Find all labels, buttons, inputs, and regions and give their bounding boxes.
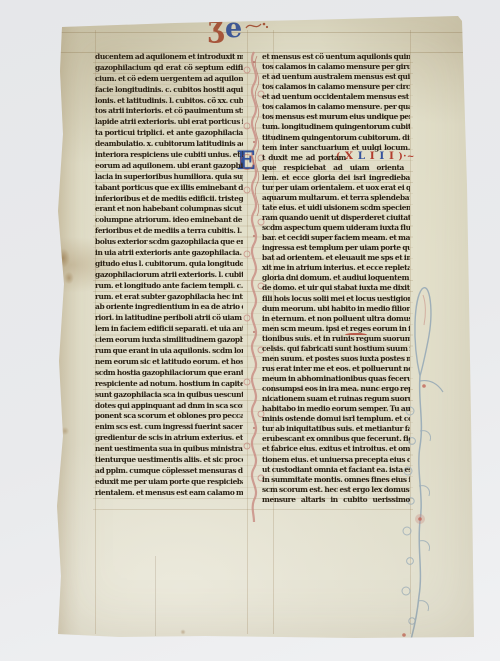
text-line: de domo. et uir qui stabat iuxta me dixi… [262,283,410,293]
text-line: bolus exterior scdm gazophilacia que era… [95,237,243,248]
text-line: tos calamos in calamo mensure per circui… [262,82,410,92]
text-line: et ad uentum occidentalem mensus est qui… [262,92,410,102]
text-line: xit me in atrium interius. et ecce reple… [262,263,410,273]
text-line: fili hois locus solii mei et locus uesti… [262,294,410,304]
text-line: bat ad orientem. et eleuauit me sps et i… [262,253,410,263]
text-line: riori. in latitudine periboli atrii cö u… [95,313,243,324]
text-line: eduxit me per uiam porte que respiciebat… [95,477,243,488]
text-line: in summitate montis. omnes fines eius in… [262,475,410,485]
text-line: que respiciebat ad uiam orienta [262,163,410,173]
text-line: ducentem ad aquilonem et introduxit me i… [95,52,243,63]
text-line: dotes qui appinquant ad dnm in sca scoru… [95,401,243,412]
text-line: ferioribus et de mediis a terra cubitis.… [95,226,243,237]
text-line: tos mensus est murum eius undique per ci… [262,112,410,122]
text-line: tur per uiam orientalem. et uox erat ei … [262,183,410,193]
text-line: lapide atrii exterioris. ubi erat portic… [95,117,243,128]
text-line: tos calamos in calamo mensure per girum. [262,62,410,72]
text-line: nent uestimenta sua in quibus ministrant… [95,444,243,455]
text-line: lacia in superioribus humiliora. quia su… [95,172,243,183]
photo-background: ʒ e [0,0,500,661]
text-line: scdm hostia gazophilaciorum que erant in… [95,368,243,379]
running-title-letter-z: ʒ [208,11,223,45]
text-line: habitabo in medio eorum semper. Tu autem… [262,404,410,414]
text-line: ta porticui triplici. et ante gazophilac… [95,128,243,139]
text-line: men suum. et postes suos iuxta postes me… [262,354,410,364]
text-line: gazophilacium qd erat cö septum edifi [95,63,243,74]
text-line: eorum ad aquilonem. ubi erant gazophi [95,161,243,172]
text-line: gredientur de scis in atrium exterius. e… [95,433,243,444]
text-line: scdm aspectum quem uideram iuxta fluuium… [262,223,410,233]
manuscript-leaf: ʒ e [55,16,475,638]
text-line: ingressa est templum per uiam porte que … [262,243,410,253]
text-line: gitudo eius l. cubitorum. quia longitudo… [95,259,243,270]
text-line: et fabrice eius. exitus et introitus. et… [262,444,410,454]
text-line: ciem eorum iuxta similitudinem gazophila… [95,335,243,346]
text-line: scm scorum est. hec est ergo lex domus. … [262,485,410,495]
text-line: in eternum. et non polluent ultra domus … [262,314,410,324]
ruling-line-vertical-right [410,30,411,634]
text-line: dum meorum. ubi habito in medio filiorum… [262,304,410,314]
text-column-right: et mensus est cö uentum aquilonis quinge… [262,52,410,505]
text-line: ponent sca scorum et oblones pro peccato… [95,411,243,422]
text-line: deambulatio. x. cubitorum latitudinis ad [95,139,243,150]
text-line: tionem eius. et uniuersa precepta eius o… [262,455,410,465]
text-line: titudinem quingentorum cubitorum. diuide… [262,133,410,143]
running-title-flourish-icon [244,19,270,33]
text-line: erubescant ex omnibus que fecerunt. figu… [262,434,410,444]
text-line: columpne atriorum. ideo eminebant de in [95,215,243,226]
text-line: ab oriente ingredientium in ea de atrio … [95,302,243,313]
text-line: lem in faciem edificii separati. et uia … [95,324,243,335]
text-line: lem. et ecce gloria dei isrl ingredieba [262,173,410,183]
text-line: meum in abhominationibus quas fecerunt. … [262,374,410,384]
text-line: in uia atrii exterioris ante gazophilaci… [95,248,243,259]
text-line: interiora respiciens uie cubiti unius. e… [95,150,243,161]
text-line: rientalem. et mensus est eam calamo mens… [95,488,243,499]
ruling-line-vertical-gutter-left [247,30,248,634]
text-line: tate eius. et uidi uisionem scdm speciem… [262,203,410,213]
running-title-letter-e: e [225,11,242,47]
text-line: tienturque uestimentis aliis. et sic pro… [95,455,243,466]
text-line: aquarum multarum. et terra splendebat a … [262,193,410,203]
text-line: respiciente ad notum. hostium in capite … [95,379,243,390]
text-line: nicationem suam et ruinas regum suorum a… [262,394,410,404]
text-line: enim scs est. cum ingressi fuerint sacer… [95,422,243,433]
text-line: tur ab iniquitatibus suis. et metiantur … [262,424,410,434]
text-line: consumpsi eos in ira mea. nunc ergo repe… [262,384,410,394]
text-line: tionibus suis. et in ruinis regum suorum… [262,334,410,344]
parchment-crease [155,556,156,636]
text-line: nem eorum sic et latitudo eorum. et host… [95,357,243,368]
text-line: bar. et cecidi super faciem meam. et mai… [262,233,410,243]
text-line: minis ostende domui isrl templum. et con… [262,414,410,424]
text-line: gazophilaciorum atrii exterioris. l. cub… [95,270,243,281]
running-title: ʒ e [207,11,270,47]
text-line: rum. et erat subter gazophilacia hec int… [95,292,243,303]
text-line: et ad uentum australem mensus est quinge… [262,72,410,82]
text-line: erant et non habebant columpnas sicut er… [95,204,243,215]
text-line: et mensus est cö uentum aquilonis quinge… [262,52,410,62]
text-line: inferioribus et de mediis edificii. tris… [95,194,243,205]
text-line: rum. et longitudo ante faciem templi. c.… [95,281,243,292]
text-line: ram quando uenit ut disperderet ciuitate… [262,213,410,223]
text-line: ad pplm. cumque cöplesset mensuras domus… [95,466,243,477]
text-column-left: ducentem ad aquilonem et introduxit me i… [95,52,243,499]
text-line: sunt gazophilacia sca in quibus uescuntu… [95,390,243,401]
text-line: gloria dni domum. et audiui loquentem ad… [262,273,410,283]
text-line: ut custodiant omnia et faciant ea. ista … [262,465,410,475]
text-line: t duxit me ad portam [262,153,410,163]
text-line: tem inter sanctuarium et uulgi locum. [262,143,410,153]
text-line: facie longitudinis. c. cubitos hostii aq… [95,85,243,96]
text-line: rus erat inter me et eos. et polluerunt … [262,364,410,374]
text-line: rum que erant in uia aquilonis. scdm lon… [95,346,243,357]
text-line: men scm meum. ipsi et reges eorum in for… [262,324,410,334]
text-line: celsis. qui fabricati sunt hostium suum … [262,344,410,354]
text-line: lonis. et latitudinis. l. cubitos. cö xx… [95,96,243,107]
text-line: mensure altaris in cubito uerissimo [262,495,410,505]
text-line: tabant porticus que ex illis eminebant d… [95,183,243,194]
text-line: tum. longitudinem quingentorum cubitorum… [262,122,410,132]
text-line: tos calamos in calamo mensure. per quatu… [262,102,410,112]
text-line: tos atrii interioris. et cö pauimentum s… [95,106,243,117]
text-line: cium. et cö edem uergentem ad aquilonë i… [95,74,243,85]
